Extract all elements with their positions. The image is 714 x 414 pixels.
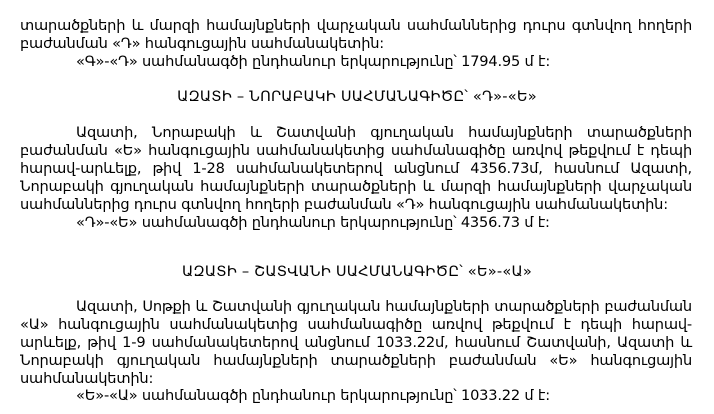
paragraph-line: հարավ-արևելք, թիվ 1-28 սահմանակետերով ան… (20, 160, 692, 178)
paragraph-line: սահմաններից դուրս գտնվող հողերի բաժանման… (20, 196, 692, 214)
paragraph-line: բաժանման «Ե» հանգուցային սահմանակետից սա… (20, 142, 692, 160)
boundary-length-line: «Գ»-«Դ» սահմանագծի ընդհանուր երկարությու… (76, 53, 692, 71)
paragraph-line: տարածքների և մարզի համայնքների վարչական … (20, 17, 692, 35)
paragraph-line: Նորաբակի գյուղական համայնքների տարածքներ… (20, 178, 692, 196)
paragraph-line: արևելք, թիվ 1-9 սահմանակետերով անցնում 1… (20, 334, 692, 352)
boundary-length-line: «Դ»-«Ե» սահմանագծի ընդհանուր երկարությու… (76, 214, 692, 232)
boundary-length-line: «Ե»-«Ա» սահմանագծի ընդհանուր երկարությու… (76, 387, 692, 405)
paragraph-line: բաժանման «Դ» հանգուցային սահմանակետին: (20, 35, 692, 53)
paragraph-line: «Ա» հանգուցային սահմանակետից սահմանագիծը… (20, 316, 692, 334)
section-heading: ԱԶԱՏԻ – ՆՈՐԱԲԱԿԻ ՍԱՀՄԱՆԱԳԻԾԸ՝ «Դ»-«Ե» (0, 88, 714, 106)
section-heading: ԱԶԱՏԻ – ՇԱՏՎԱՆԻ ՍԱՀՄԱՆԱԳԻԾԸ՝ «Ե»-«Ա» (0, 263, 714, 281)
paragraph-line: Նորաբակի գյուղական համայնքների տարածքներ… (20, 352, 692, 370)
paragraph-line: Ազատի, Սոթքի և Շատվանի գյուղական համայնք… (76, 298, 692, 316)
paragraph-line: սահմանակետին: (20, 370, 692, 388)
paragraph-line: Ազատի, Նորաբակի և Շատվանի գյուղական համա… (76, 124, 692, 142)
